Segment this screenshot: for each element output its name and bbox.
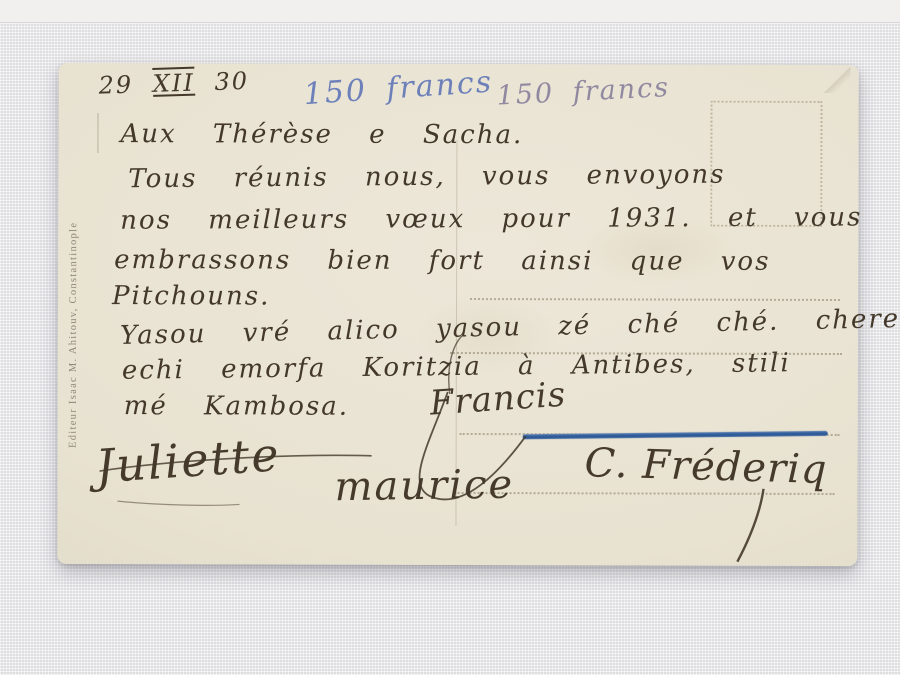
photo-of-postcard: Editeur Isaac M. Ahitouv, Constantinople… [0, 0, 900, 675]
message-line: mé Kambosa. [124, 393, 349, 420]
date-day: 29 [98, 71, 133, 100]
price-note-grey-pencil: 150 francs [496, 74, 671, 110]
price-note-blue-pencil: 150 francs [303, 68, 494, 111]
postcard: Editeur Isaac M. Ahitouv, Constantinople… [57, 63, 858, 566]
signature-fredericq: C. Fréderiq [584, 443, 828, 490]
message-line: embrassons bien fort ainsi que vos [114, 247, 770, 275]
printed-left-rule [97, 113, 98, 153]
date-year: 30 [214, 67, 249, 96]
corner-crease [817, 67, 851, 93]
background-top-band [0, 0, 900, 23]
message-line: Pitchouns. [112, 283, 270, 309]
blue-pencil-line [523, 431, 828, 439]
message-line: echi emorfa Koritzia à Antibes, stili [122, 350, 791, 384]
publisher-imprint: Editeur Isaac M. Ahitouv, Constantinople [67, 159, 88, 511]
signature-francis: Francis [429, 378, 567, 421]
date-month-roman: XII [152, 69, 195, 98]
greeting-line: Aux Thérèse e Sacha. [120, 121, 523, 148]
signature-juliette: Juliette [94, 431, 282, 489]
handwritten-date: 29 XII 30 [98, 69, 249, 98]
address-dotted-line [470, 298, 840, 301]
message-line: Tous réunis nous, vous envoyons [128, 162, 725, 193]
message-line: Yasou vré alico yasou zé ché ché. cheret… [120, 305, 900, 349]
signature-maurice: maurice [334, 465, 514, 508]
message-line: nos meilleurs vœux pour 1931. et vous [120, 204, 862, 233]
